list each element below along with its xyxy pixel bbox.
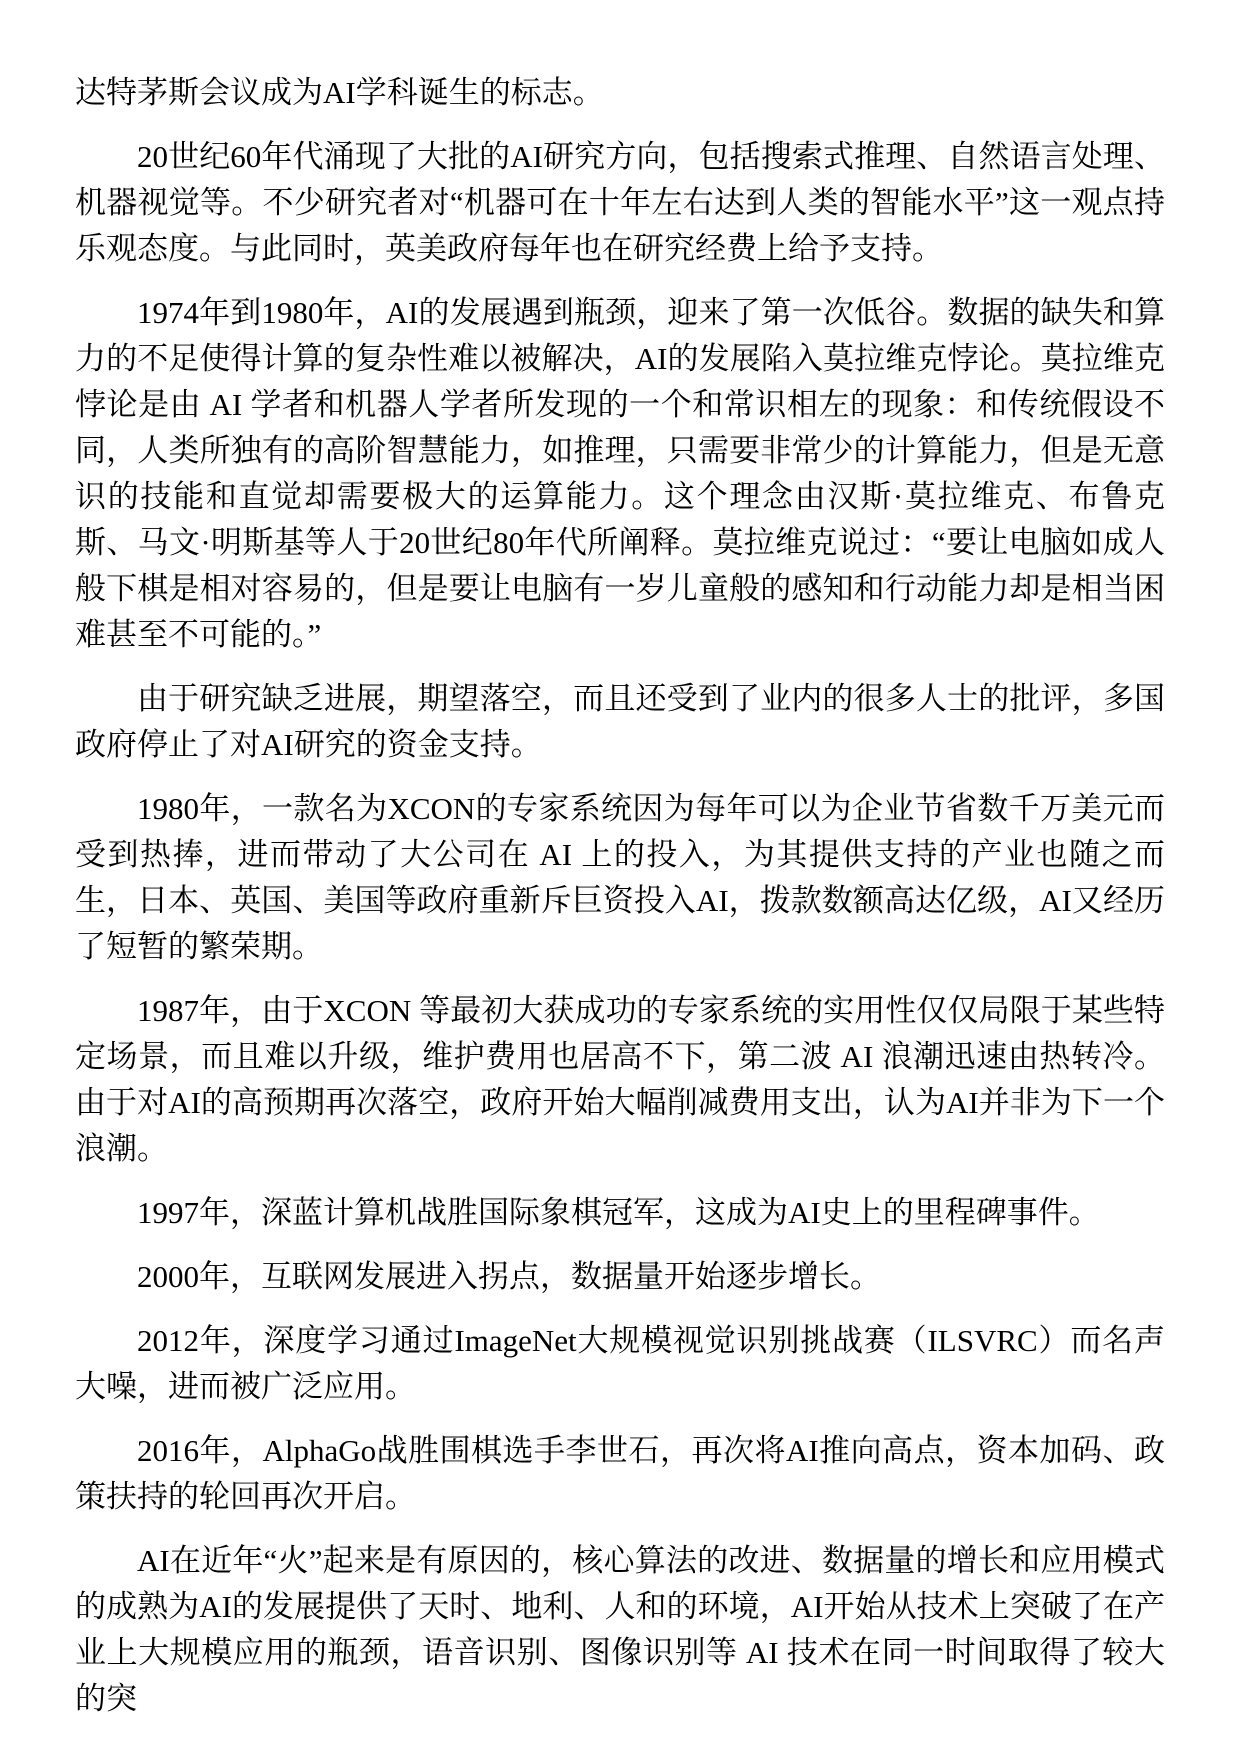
paragraph-1980-xcon: 1980年，一款名为XCON的专家系统因为每年可以为企业节省数千万美元而受到热捧… <box>75 786 1165 970</box>
paragraph-1960s: 20世纪60年代涌现了大批的AI研究方向，包括搜索式推理、自然语言处理、机器视觉… <box>75 134 1165 272</box>
paragraph-1987-second-winter: 1987年，由于XCON 等最初大获成功的专家系统的实用性仅仅局限于某些特定场景… <box>75 988 1165 1172</box>
paragraph-1997-deep-blue: 1997年，深蓝计算机战胜国际象棋冠军，这成为AI史上的里程碑事件。 <box>75 1190 1165 1236</box>
paragraph-2016-alphago: 2016年，AlphaGo战胜围棋选手李世石，再次将AI推向高点，资本加码、政策… <box>75 1428 1165 1520</box>
document-page: 达特茅斯会议成为AI学科诞生的标志。 20世纪60年代涌现了大批的AI研究方向，… <box>0 0 1240 1754</box>
paragraph-2012-imagenet: 2012年，深度学习通过ImageNet大规模视觉识别挑战赛（ILSVRC）而名… <box>75 1318 1165 1410</box>
paragraph-1974-moravec: 1974年到1980年，AI的发展遇到瓶颈，迎来了第一次低谷。数据的缺失和算力的… <box>75 290 1165 658</box>
paragraph-ai-recent-rise: AI在近年“火”起来是有原因的，核心算法的改进、数据量的增长和应用模式的成熟为A… <box>75 1538 1165 1722</box>
paragraph-funding-stopped: 由于研究缺乏进展，期望落空，而且还受到了业内的很多人士的批评，多国政府停止了对A… <box>75 676 1165 768</box>
paragraph-dartmouth: 达特茅斯会议成为AI学科诞生的标志。 <box>75 70 1165 116</box>
paragraph-2000-internet: 2000年，互联网发展进入拐点，数据量开始逐步增长。 <box>75 1254 1165 1300</box>
